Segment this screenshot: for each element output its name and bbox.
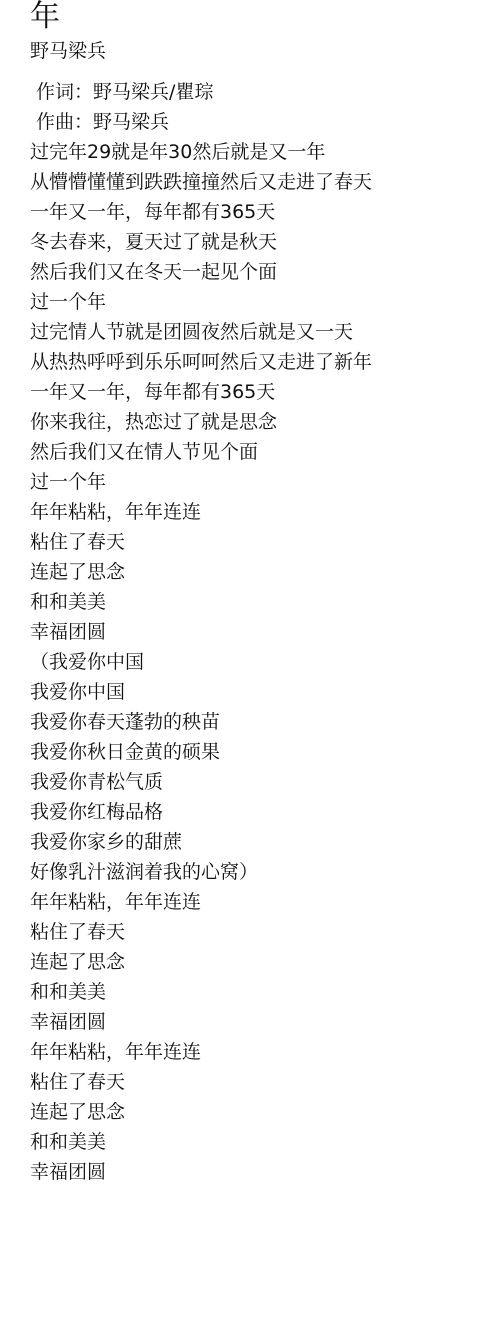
lyric-line: 粘住了春天 xyxy=(30,527,372,557)
lyric-line: 然后我们又在情人节见个面 xyxy=(30,437,372,467)
lyric-line: 你来我往，热恋过了就是思念 xyxy=(30,407,372,437)
lyric-credit-lyricist: 作词：野马梁兵/瞿琮 xyxy=(30,77,372,107)
lyric-line: 从热热呼呼到乐乐呵呵然后又走进了新年 xyxy=(30,347,372,377)
lyric-line: 然后我们又在冬天一起见个面 xyxy=(30,257,372,287)
lyric-line: 我爱你春天蓬勃的秧苗 xyxy=(30,707,372,737)
song-artist: 野马梁兵 xyxy=(30,38,490,64)
lyric-line: 过完情人节就是团圆夜然后就是又一天 xyxy=(30,317,372,347)
lyric-line: 幸福团圆 xyxy=(30,1007,372,1037)
lyric-credit-composer: 作曲：野马梁兵 xyxy=(30,107,372,137)
lyric-line: 我爱你中国 xyxy=(30,677,372,707)
lyric-line: 连起了思念 xyxy=(30,947,372,977)
lyric-line: 我爱你家乡的甜蔗 xyxy=(30,827,372,857)
song-title: 年 xyxy=(30,0,490,35)
lyric-line: 连起了思念 xyxy=(30,1097,372,1127)
lyric-line: 好像乳汁滋润着我的心窝） xyxy=(30,857,372,887)
lyric-line: 年年粘粘，年年连连 xyxy=(30,1037,372,1067)
lyric-line: 一年又一年，每年都有365天 xyxy=(30,197,372,227)
lyric-line: 我爱你青松气质 xyxy=(30,767,372,797)
lyrics-page: 年 野马梁兵 作词：野马梁兵/瞿琮 作曲：野马梁兵 过完年29就是年30然后就是… xyxy=(30,0,490,62)
lyric-line: 过一个年 xyxy=(30,287,372,317)
lyric-line: 年年粘粘，年年连连 xyxy=(30,887,372,917)
lyric-line: 年年粘粘，年年连连 xyxy=(30,497,372,527)
lyric-line: 和和美美 xyxy=(30,587,372,617)
lyrics-list: 作词：野马梁兵/瞿琮 作曲：野马梁兵 过完年29就是年30然后就是又一年 从懵懵… xyxy=(30,77,372,1187)
lyric-line: 粘住了春天 xyxy=(30,917,372,947)
lyric-line: 从懵懵懂懂到跌跌撞撞然后又走进了春天 xyxy=(30,167,372,197)
lyric-line: 和和美美 xyxy=(30,977,372,1007)
lyric-line: 我爱你红梅品格 xyxy=(30,797,372,827)
lyric-line: 幸福团圆 xyxy=(30,617,372,647)
lyric-line: 过完年29就是年30然后就是又一年 xyxy=(30,137,372,167)
lyric-line: 和和美美 xyxy=(30,1127,372,1157)
lyric-line: 一年又一年，每年都有365天 xyxy=(30,377,372,407)
lyric-line: 粘住了春天 xyxy=(30,1067,372,1097)
lyric-line: 冬去春来，夏天过了就是秋天 xyxy=(30,227,372,257)
lyric-line: 我爱你秋日金黄的硕果 xyxy=(30,737,372,767)
lyric-line: 幸福团圆 xyxy=(30,1157,372,1187)
lyric-line: 连起了思念 xyxy=(30,557,372,587)
lyric-line: （我爱你中国 xyxy=(30,647,372,677)
lyric-line: 过一个年 xyxy=(30,467,372,497)
